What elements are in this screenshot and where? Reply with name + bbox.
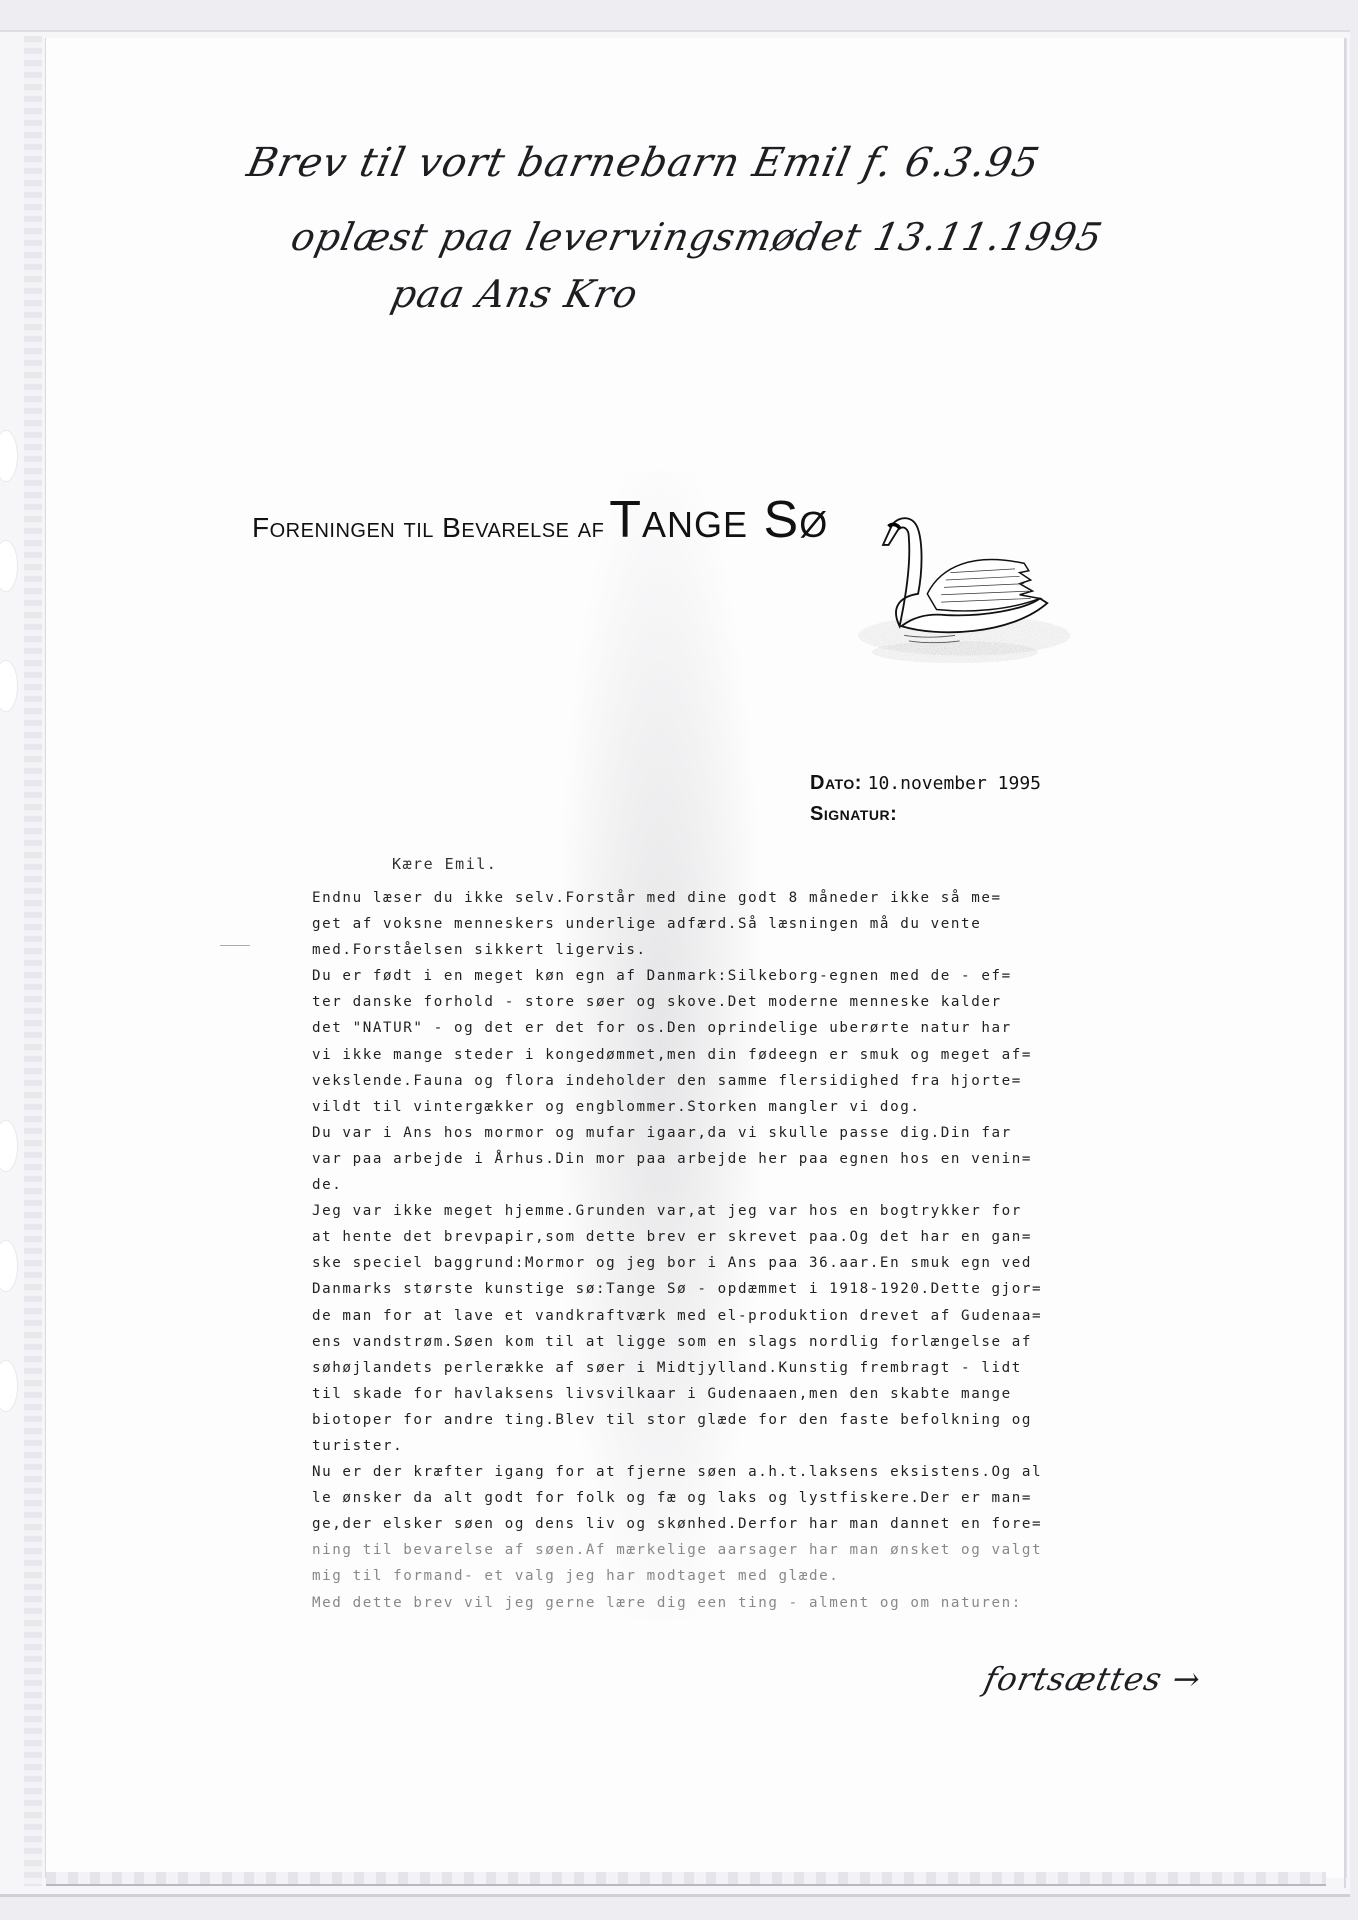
continuation-note: fortsættes → — [981, 1660, 1205, 1698]
signature-row: Signatur: — [810, 799, 1041, 830]
letter-line: ter danske forhold - store søer og skove… — [312, 989, 1092, 1015]
letter-line: vekslende.Fauna og flora indeholder den … — [312, 1068, 1092, 1094]
letter-line: ning til bevarelse af søen.Af mærkelige … — [312, 1537, 1092, 1563]
letter-line: det "NATUR" - og det er det for os.Den o… — [312, 1015, 1092, 1041]
sheet-protector-bottom-edge — [46, 1872, 1326, 1886]
letter-line: til skade for havlaksens livsvilkaar i G… — [312, 1381, 1092, 1407]
letter-greeting: Kære Emil. — [392, 855, 497, 873]
letter-line: get af voksne menneskers underlige adfær… — [312, 911, 1092, 937]
letter-line: de. — [312, 1172, 1092, 1198]
letter-line: ens vandstrøm.Søen kom til at ligge som … — [312, 1329, 1092, 1355]
date-signature-block: Dato: 10.november 1995 Signatur: — [810, 768, 1041, 830]
date-label: Dato: — [810, 772, 862, 794]
letter-body: Endnu læser du ikke selv.Forstår med din… — [312, 885, 1092, 1616]
swan-icon — [835, 480, 1075, 680]
letter-line: vildt til vintergækker og engblommer.Sto… — [312, 1094, 1092, 1120]
letter-line: Endnu læser du ikke selv.Forstår med din… — [312, 885, 1092, 911]
letter-line: turister. — [312, 1433, 1092, 1459]
letterhead-org-prefix: Foreningen til Bevarelse af — [252, 512, 604, 543]
letter-line: Du er født i en meget køn egn af Danmark… — [312, 963, 1092, 989]
signature-label: Signatur: — [810, 803, 897, 825]
page-edge — [1344, 38, 1346, 1888]
letter-line: le ønsker da alt godt for folk og fæ og … — [312, 1485, 1092, 1511]
date-value: 10.november 1995 — [868, 773, 1041, 794]
sheet-protector-binding-strip — [24, 36, 42, 1886]
date-row: Dato: 10.november 1995 — [810, 768, 1041, 799]
letter-line: Danmarks største kunstige sø:Tange Sø - … — [312, 1276, 1092, 1302]
letter-line: vi ikke mange steder i kongedømmet,men d… — [312, 1042, 1092, 1068]
letter-line: Jeg var ikke meget hjemme.Grunden var,at… — [312, 1198, 1092, 1224]
letterhead: Foreningen til Bevarelse af Tange Sø — [252, 490, 828, 550]
letter-line: at hente det brevpapir,som dette brev er… — [312, 1224, 1092, 1250]
letter-line: Nu er der kræfter igang for at fjerne sø… — [312, 1459, 1092, 1485]
letter-line: ge,der elsker søen og dens liv og skønhe… — [312, 1511, 1092, 1537]
margin-mark — [220, 945, 250, 946]
handwritten-line-1: Brev til vort barnebarn Emil f. 6.3.95 — [243, 140, 1044, 186]
letterhead-org-name: Tange Sø — [609, 491, 828, 549]
letter-line: Med dette brev vil jeg gerne lære dig ee… — [312, 1590, 1092, 1616]
handwritten-line-3: paa Ans Kro — [387, 272, 642, 316]
letter-line: Du var i Ans hos mormor og mufar igaar,d… — [312, 1120, 1092, 1146]
letter-line: med.Forståelsen sikkert ligervis. — [312, 937, 1092, 963]
letter-line: de man for at lave et vandkraftværk med … — [312, 1303, 1092, 1329]
letter-line: mig til formand- et valg jeg har modtage… — [312, 1563, 1092, 1589]
letter-line: søhøjlandets perlerække af søer i Midtjy… — [312, 1355, 1092, 1381]
letter-line: var paa arbejde i Århus.Din mor paa arbe… — [312, 1146, 1092, 1172]
handwritten-line-2: oplæst paa levervingsmødet 13.11.1995 — [287, 215, 1106, 259]
letter-line: biotoper for andre ting.Blev til stor gl… — [312, 1407, 1092, 1433]
letter-line: ske speciel baggrund:Mormor og jeg bor i… — [312, 1250, 1092, 1276]
